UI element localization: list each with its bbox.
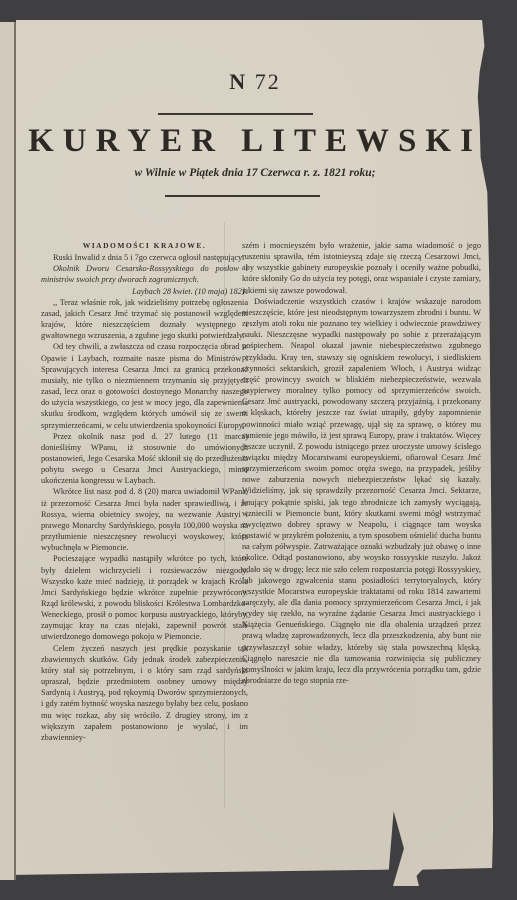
masthead-rule-bottom [165,195,320,197]
issue-number-value: 72 [255,69,281,94]
newspaper-page: N 72 KURYER LITEWSKI w Wilnie w Piątek d… [16,20,494,880]
left-column: WIADOMOŚCI KRAJOWE. Ruski Inwalid z dnia… [41,240,248,743]
issue-number: N 72 [16,69,494,95]
paragraph: Ruski Inwalid z dnia 5 i 7go czerwca ogł… [41,252,248,263]
torn-paper-corner [393,838,419,886]
place-date-line: Laybach 28 kwiet. (10 maja) 1821. [41,286,248,297]
paragraph: ,, Teraz właśnie rok, jak widzieliśmy po… [41,297,248,342]
dateline: w Wilnie w Piątek dnia 17 Czerwca r. z. … [16,167,494,179]
paragraph: szém i mocnieyszém było wrażenie, jakie … [242,240,481,296]
issue-label: N [229,69,247,94]
page-fold-shadow [14,22,16,880]
section-heading: WIADOMOŚCI KRAJOWE. [41,240,248,251]
paragraph: Doświadczenie wszystkich czasów i krajów… [242,296,481,686]
paragraph: Celem życzeń naszych jest prędkie pozysk… [41,643,248,743]
paragraph: Wkrótce list nasz pod d. 8 (20) marca uw… [41,486,248,553]
masthead-rule-top [158,113,313,115]
newspaper-title: KURYER LITEWSKI [16,123,494,160]
right-column: szém i mocnieyszém było wrażenie, jakie … [242,240,481,686]
paragraph: Pocieszające wypadki nastąpiły wkrótce p… [41,553,248,642]
paragraph: Od tey chwili, a zwłaszcza od czasu rozp… [41,341,248,430]
paragraph: Przez okolnik nasz pod d. 27 lutego (11 … [41,431,248,487]
circular-title: Okolnik Dworu Cesarsko-Rossyyskiego do p… [41,263,248,285]
column-gutter [224,222,225,807]
